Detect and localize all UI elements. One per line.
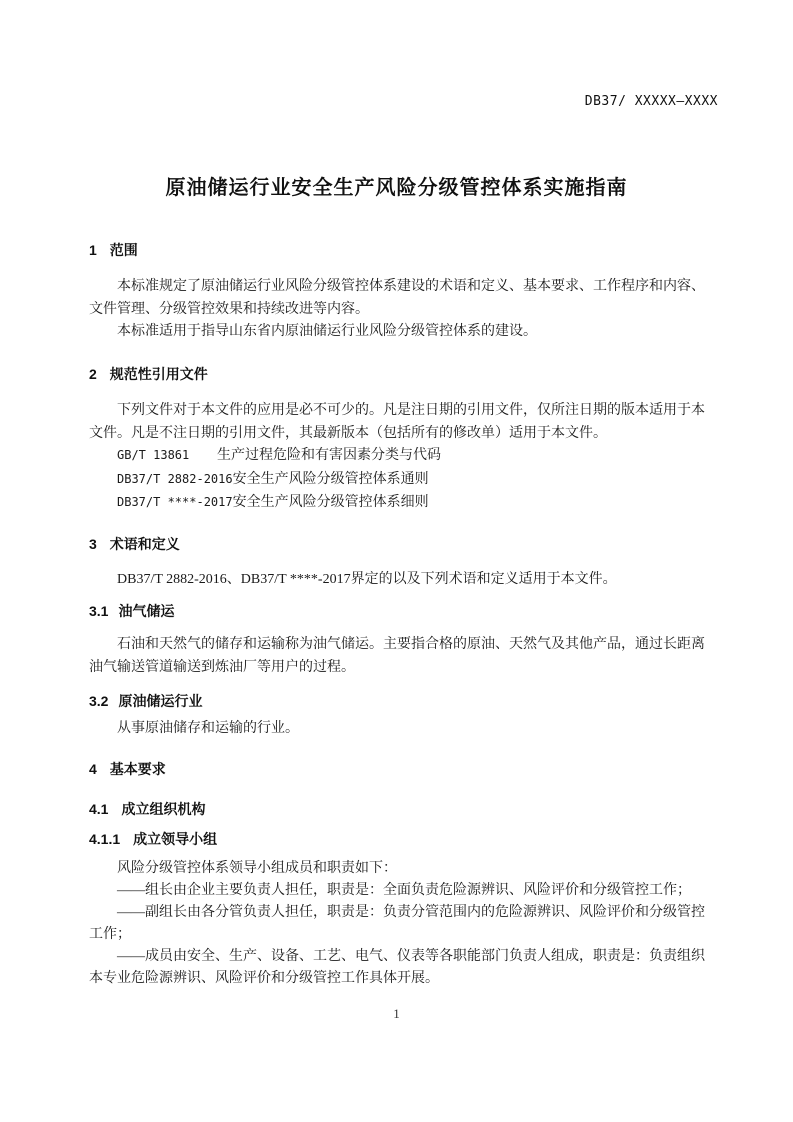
paragraph: 石油和天然气的储存和运输称为油气储运。主要指合格的原油、天然气及其他产品，通过长… — [89, 634, 705, 679]
document-page: DB37/ XXXXX—XXXX 原油储运行业安全生产风险分级管控体系实施指南 … — [0, 0, 793, 1122]
document-title: 原油储运行业安全生产风险分级管控体系实施指南 — [0, 171, 793, 200]
dash-list-item: ——成员由安全、生产、设备、工艺、电气、仪表等各职能部门负责人组成，职责是：负责… — [89, 946, 705, 990]
section-3-title: 术语和定义 — [110, 536, 180, 552]
section-3-2-body: 从事原油储存和运输的行业。 — [89, 718, 705, 741]
section-3-2-heading: 3.2原油储运行业 — [89, 691, 202, 711]
page-number: 1 — [0, 1006, 793, 1022]
section-1-title: 范围 — [110, 242, 138, 258]
section-3-1-title: 油气储运 — [118, 603, 174, 619]
paragraph: 从事原油储存和运输的行业。 — [89, 718, 705, 741]
section-4-1-1-number: 4.1.1 — [89, 831, 120, 847]
paragraph: DB37/T 2882-2016、DB37/T ****-2017界定的以及下列… — [89, 569, 705, 592]
section-3-1-heading: 3.1油气储运 — [89, 601, 174, 621]
paragraph: 本标准适用于指导山东省内原油储运行业风险分级管控体系的建设。 — [89, 321, 705, 344]
section-2-heading: 2规范性引用文件 — [89, 364, 208, 384]
section-2-number: 2 — [89, 366, 97, 382]
section-3-2-number: 3.2 — [89, 693, 108, 709]
reference-code: GB/T 13861 — [117, 444, 217, 467]
reference-name: 安全生产风险分级管控体系细则 — [233, 495, 429, 510]
reference-item: DB37/T ****-2017安全生产风险分级管控体系细则 — [117, 491, 707, 515]
section-4-1-1-heading: 4.1.1成立领导小组 — [89, 829, 217, 849]
section-2-title: 规范性引用文件 — [110, 366, 208, 382]
section-3-1-number: 3.1 — [89, 603, 108, 619]
section-4-1-1-title: 成立领导小组 — [133, 831, 217, 847]
dash-list-item: ——副组长由各分管负责人担任，职责是：负责分管范围内的危险源辨识、风险评价和分级… — [89, 902, 705, 946]
section-3-body: DB37/T 2882-2016、DB37/T ****-2017界定的以及下列… — [89, 569, 705, 592]
section-4-heading: 4基本要求 — [89, 759, 166, 779]
document-code-header: DB37/ XXXXX—XXXX — [585, 94, 718, 109]
dash-list-item: ——组长由企业主要负责人担任，职责是：全面负责危险源辨识、风险评价和分级管控工作… — [89, 880, 705, 902]
paragraph: 本标准规定了原油储运行业风险分级管控体系建设的术语和定义、基本要求、工作程序和内… — [89, 276, 705, 321]
section-3-1-body: 石油和天然气的储存和运输称为油气储运。主要指合格的原油、天然气及其他产品，通过长… — [89, 634, 705, 679]
reference-item: DB37/T 2882-2016安全生产风险分级管控体系通则 — [117, 468, 707, 492]
section-4-title: 基本要求 — [110, 761, 166, 777]
paragraph: 风险分级管控体系领导小组成员和职责如下： — [89, 858, 705, 880]
reference-item: GB/T 13861生产过程危险和有害因素分类与代码 — [117, 444, 707, 468]
reference-name: 生产过程危险和有害因素分类与代码 — [217, 448, 441, 463]
normative-references-list: GB/T 13861生产过程危险和有害因素分类与代码 DB37/T 2882-2… — [117, 444, 707, 515]
section-4-1-1-body: 风险分级管控体系领导小组成员和职责如下： ——组长由企业主要负责人担任，职责是：… — [89, 858, 705, 990]
section-2-body: 下列文件对于本文件的应用是必不可少的。凡是注日期的引用文件，仅所注日期的版本适用… — [89, 400, 705, 445]
section-4-1-title: 成立组织机构 — [121, 801, 205, 817]
reference-code: DB37/T ****-2017 — [117, 491, 233, 514]
section-4-1-heading: 4.1成立组织机构 — [89, 799, 205, 819]
section-4-1-number: 4.1 — [89, 801, 108, 817]
section-3-2-title: 原油储运行业 — [118, 693, 202, 709]
section-4-number: 4 — [89, 761, 97, 777]
section-1-number: 1 — [89, 242, 97, 258]
section-3-heading: 3术语和定义 — [89, 534, 180, 554]
paragraph: 下列文件对于本文件的应用是必不可少的。凡是注日期的引用文件，仅所注日期的版本适用… — [89, 400, 705, 445]
section-3-number: 3 — [89, 536, 97, 552]
reference-code: DB37/T 2882-2016 — [117, 468, 233, 491]
section-1-body: 本标准规定了原油储运行业风险分级管控体系建设的术语和定义、基本要求、工作程序和内… — [89, 276, 705, 344]
section-1-heading: 1范围 — [89, 240, 138, 260]
reference-name: 安全生产风险分级管控体系通则 — [233, 472, 429, 487]
